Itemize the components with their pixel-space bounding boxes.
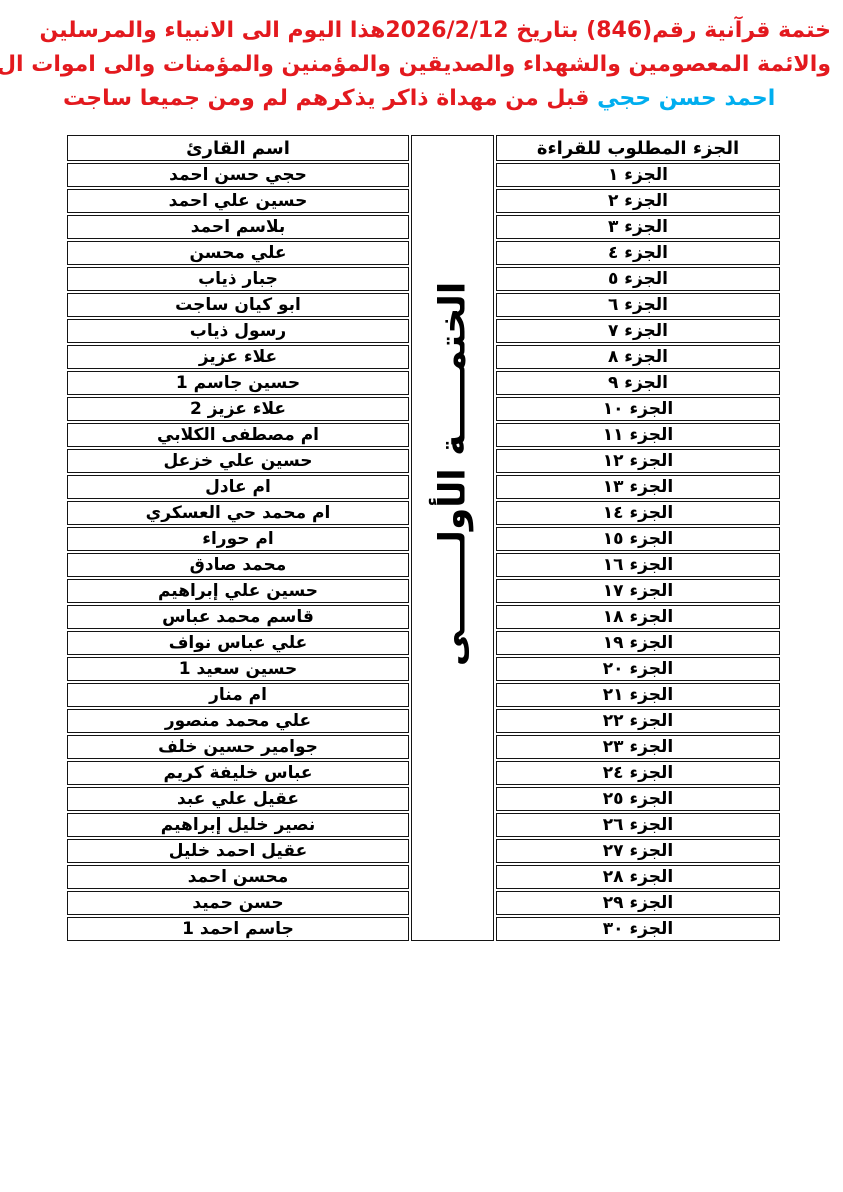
- khatma-table-body: الجزء المطلوب للقراءة الختمـــــة الأولـ…: [67, 135, 780, 941]
- reader-cell: حسين سعيد 1: [67, 657, 409, 681]
- header-line-3: ساجت جميعا ومن لم يذكرهم ذاكر مهداة من ق…: [63, 82, 831, 116]
- reader-cell: محسن احمد: [67, 865, 409, 889]
- juz-cell: الجزء ١: [496, 163, 780, 187]
- juz-cell: الجزء ١٢: [496, 449, 780, 473]
- reader-cell: عباس خليفة كريم: [67, 761, 409, 785]
- reader-cell: حجي حسن احمد: [67, 163, 409, 187]
- header-line-3-word: من: [505, 82, 538, 116]
- juz-cell: الجزء ١٠: [496, 397, 780, 421]
- juz-cell: الجزء ١٦: [496, 553, 780, 577]
- juz-cell: الجزء ١٣: [496, 475, 780, 499]
- reader-cell: علاء عزيز 2: [67, 397, 409, 421]
- juz-cell: الجزء ١٨: [496, 605, 780, 629]
- juz-cell: الجزء ١٤: [496, 501, 780, 525]
- juz-cell: الجزء ١٧: [496, 579, 780, 603]
- header-line-3-word: جميعا: [140, 82, 200, 116]
- juz-cell: الجزء ٣٠: [496, 917, 780, 941]
- reader-cell: جبار ذياب: [67, 267, 409, 291]
- juz-cell: الجزء ١٥: [496, 527, 780, 551]
- juz-cell: الجزء ٤: [496, 241, 780, 265]
- juz-cell: الجزء ٢٨: [496, 865, 780, 889]
- juz-cell: الجزء ٦: [496, 293, 780, 317]
- juz-cell: الجزء ٢١: [496, 683, 780, 707]
- juz-cell: الجزء ٢٥: [496, 787, 780, 811]
- juz-cell: الجزء ٢٤: [496, 761, 780, 785]
- reader-cell: ام حوراء: [67, 527, 409, 551]
- juz-cell: الجزء ٢٣: [496, 735, 780, 759]
- reader-cell: علي محسن: [67, 241, 409, 265]
- header-line-3-word: ومن: [208, 82, 255, 116]
- reader-cell: ام منار: [67, 683, 409, 707]
- juz-cell: الجزء ٢٧: [496, 839, 780, 863]
- reader-cell: علي عباس نواف: [67, 631, 409, 655]
- header-line-3-word: ذاكر: [383, 82, 428, 116]
- reader-cell: حسين جاسم 1: [67, 371, 409, 395]
- juz-cell: الجزء ٥: [496, 267, 780, 291]
- juz-cell: الجزء ٧: [496, 319, 780, 343]
- reader-cell: محمد صادق: [67, 553, 409, 577]
- reader-cell: علاء عزيز: [67, 345, 409, 369]
- dedicator-name-highlight: حجي: [597, 82, 651, 116]
- col-header-juz: الجزء المطلوب للقراءة: [496, 135, 780, 161]
- juz-cell: الجزء ٢٢: [496, 709, 780, 733]
- header-line-3-word: ساجت: [63, 82, 132, 116]
- reader-cell: حسين علي احمد: [67, 189, 409, 213]
- reader-cell: عقيل علي عبد: [67, 787, 409, 811]
- header-line-3-word: مهداة: [436, 82, 497, 116]
- col-header-reader: اسم القارئ: [67, 135, 409, 161]
- reader-cell: عقيل احمد خليل: [67, 839, 409, 863]
- reader-cell: جاسم احمد 1: [67, 917, 409, 941]
- juz-cell: الجزء ٢٠: [496, 657, 780, 681]
- table-header-row: الجزء المطلوب للقراءة الختمـــــة الأولـ…: [67, 135, 780, 161]
- juz-cell: الجزء ٢٦: [496, 813, 780, 837]
- juz-cell: الجزء ٢: [496, 189, 780, 213]
- header-paragraph: ختمة قرآنية رقم(846) بتاريخ 2026/2/12هذا…: [63, 14, 831, 116]
- juz-cell: الجزء ١٩: [496, 631, 780, 655]
- khatma-title-cell: الختمـــــة الأولـــــــى: [411, 135, 494, 941]
- juz-cell: الجزء ٨: [496, 345, 780, 369]
- reader-cell: جوامير حسين خلف: [67, 735, 409, 759]
- reader-cell: حسن حميد: [67, 891, 409, 915]
- reader-cell: ام عادل: [67, 475, 409, 499]
- header-line-2: والائمة المعصومين والشهداء والصديقين وال…: [63, 48, 831, 82]
- khatma-title-vertical-label: الختمـــــة الأولـــــــى: [432, 281, 473, 665]
- reader-cell: نصير خليل إبراهيم: [67, 813, 409, 837]
- header-line-3-word: لم: [262, 82, 288, 116]
- reader-cell: ام محمد حي العسكري: [67, 501, 409, 525]
- reader-cell: حسين علي خزعل: [67, 449, 409, 473]
- juz-cell: الجزء ٩: [496, 371, 780, 395]
- reader-cell: ام مصطفى الكلابي: [67, 423, 409, 447]
- header-line-3-word: قبل: [546, 82, 589, 116]
- dedicator-name-highlight: احمد: [724, 82, 775, 116]
- juz-cell: الجزء ٢٩: [496, 891, 780, 915]
- document-page: ختمة قرآنية رقم(846) بتاريخ 2026/2/12هذا…: [0, 0, 843, 1192]
- reader-cell: حسين علي إبراهيم: [67, 579, 409, 603]
- juz-cell: الجزء ١١: [496, 423, 780, 447]
- reader-cell: رسول ذياب: [67, 319, 409, 343]
- reader-cell: علي محمد منصور: [67, 709, 409, 733]
- header-line-1: ختمة قرآنية رقم(846) بتاريخ 2026/2/12هذا…: [63, 14, 831, 48]
- khatma-table: الجزء المطلوب للقراءة الختمـــــة الأولـ…: [65, 133, 782, 943]
- reader-cell: ابو كيان ساجت: [67, 293, 409, 317]
- header-line-3-word: يذكرهم: [296, 82, 376, 116]
- juz-cell: الجزء ٣: [496, 215, 780, 239]
- dedicator-name-highlight: حسن: [659, 82, 717, 116]
- reader-cell: قاسم محمد عباس: [67, 605, 409, 629]
- reader-cell: بلاسم احمد: [67, 215, 409, 239]
